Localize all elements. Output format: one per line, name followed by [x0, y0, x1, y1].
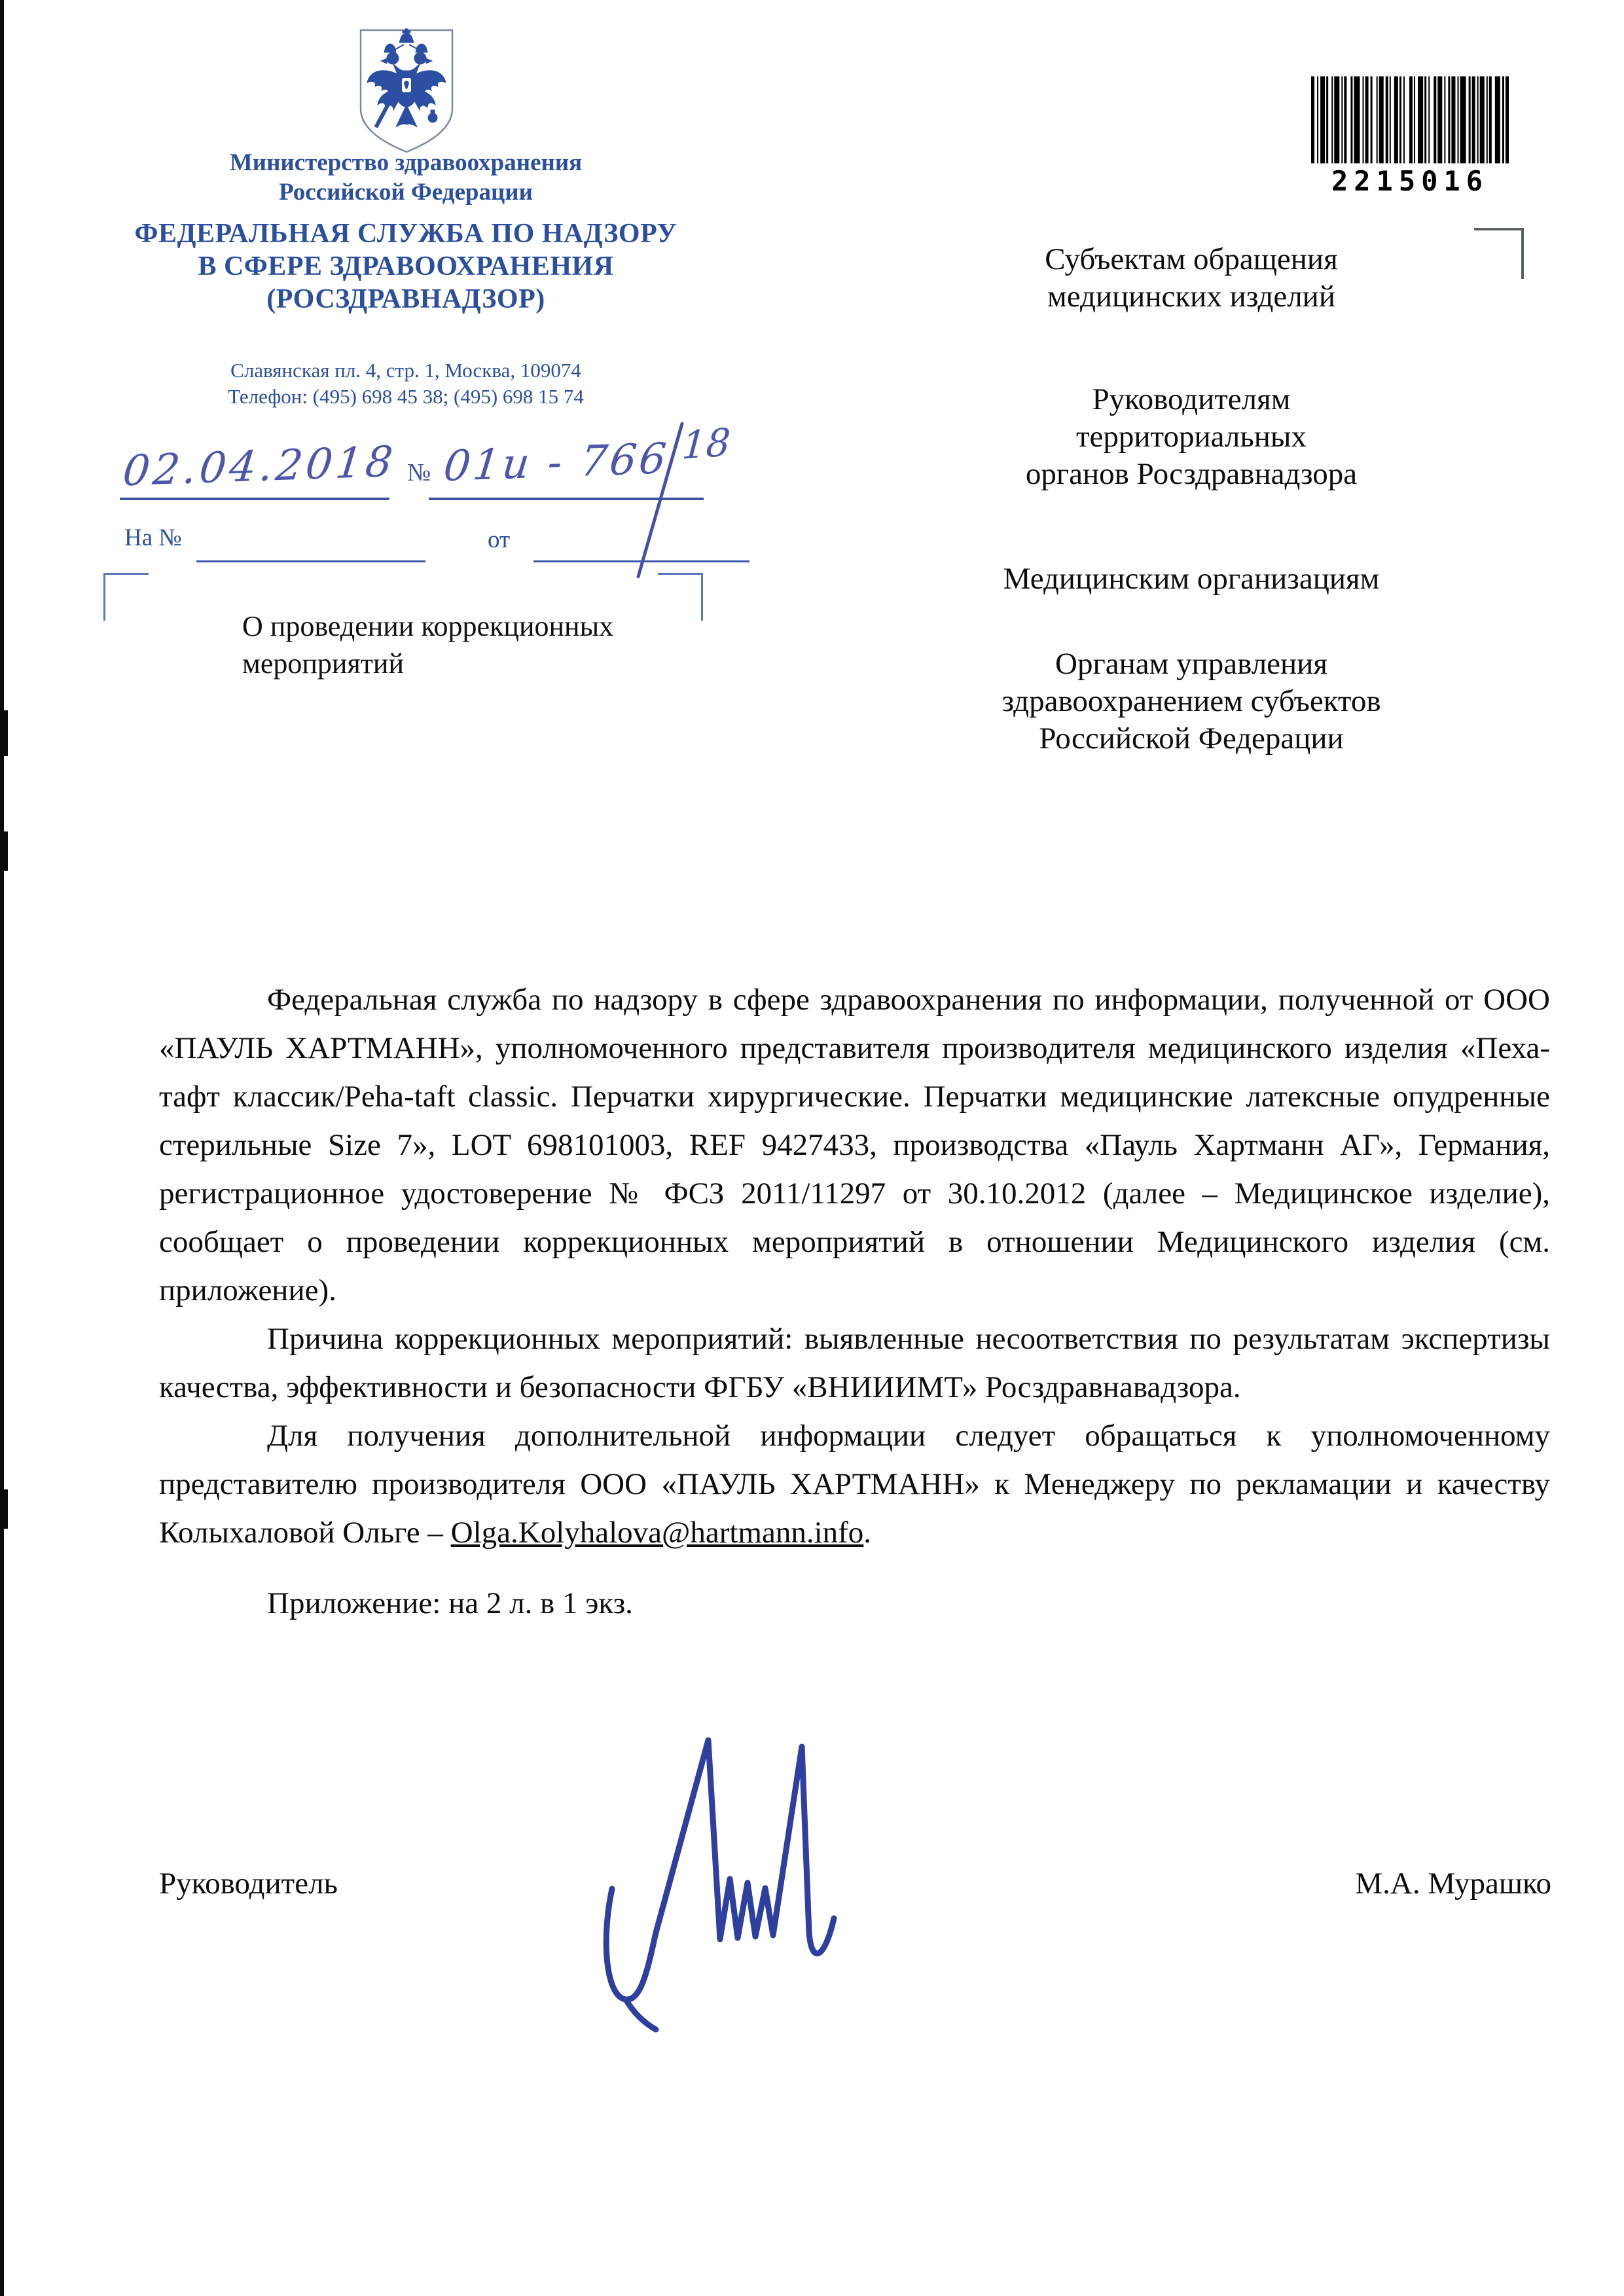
recipient-line: Российской Федерации [844, 720, 1538, 757]
recipient-line: Органам управления [844, 646, 1538, 683]
scan-edge-artifact [0, 0, 4, 2296]
signer-name: М.А. Мурашко [1263, 1866, 1551, 1901]
recipient-group-1: Субъектам обращения медицинских изделий [844, 241, 1538, 316]
service-name: ФЕДЕРАЛЬНАЯ СЛУЖБА ПО НАДЗОРУ В СФЕРЕ ЗД… [115, 217, 697, 316]
outgoing-date-handwritten: 02.04.2018 [120, 438, 398, 496]
recipient-group-4: Органам управления здравоохранением субъ… [844, 646, 1538, 757]
body-paragraph-2: Причина коррекционных мероприятий: выявл… [159, 1315, 1550, 1412]
body-paragraph-3: Для получения дополнительной информации … [159, 1412, 1550, 1557]
ministry-name: Министерство здравоохранения Российской … [115, 148, 697, 207]
reply-date-label: от [488, 526, 510, 554]
attachment-note: Приложение: на 2 л. в 1 экз. [159, 1579, 1550, 1628]
letter-body: Федеральная служба по надзору в сфере зд… [159, 975, 1550, 1628]
org-phone: Телефон: (495) 698 45 38; (495) 698 15 7… [115, 384, 697, 410]
org-address: Славянская пл. 4, стр. 1, Москва, 109074 [115, 357, 697, 384]
outgoing-number-handwritten: 01и - 766 [441, 435, 671, 491]
number-sign: № [407, 458, 431, 487]
body-paragraph-3-period: . [863, 1516, 871, 1550]
outgoing-number-suffix-handwritten: 18 [681, 420, 732, 468]
reply-date-line [533, 560, 749, 562]
scan-edge-artifact [0, 831, 8, 871]
recipient-line: Медицинским организациям [844, 560, 1538, 598]
barcode-icon [1311, 76, 1509, 164]
date-underline [120, 498, 389, 500]
subject-line-2: мероприятий [242, 645, 674, 682]
handwritten-signature-icon [556, 1722, 897, 2036]
scan-edge-artifact [0, 1489, 8, 1529]
recipient-group-3: Медицинским организациям [844, 560, 1538, 598]
ministry-name-line2: Российской Федерации [115, 177, 697, 207]
recipient-line: территориальных [844, 418, 1538, 456]
reply-number-line [196, 560, 425, 562]
recipient-line: здравоохранением субъектов [844, 683, 1538, 720]
recipient-line: Руководителям [844, 381, 1538, 418]
signer-title: Руководитель [159, 1866, 338, 1901]
recipient-line: Субъектам обращения [844, 241, 1538, 278]
service-name-line1: ФЕДЕРАЛЬНАЯ СЛУЖБА ПО НАДЗОРУ [115, 217, 697, 250]
coat-of-arms-icon [352, 26, 461, 156]
recipient-group-2: Руководителям территориальных органов Ро… [844, 381, 1538, 493]
scan-edge-artifact [0, 710, 8, 756]
reply-number-label: На № [124, 524, 182, 552]
email-address: Olga.Kolyhalova@hartmann.info [451, 1516, 864, 1550]
org-contact: Славянская пл. 4, стр. 1, Москва, 109074… [115, 357, 697, 410]
body-paragraph-1: Федеральная служба по надзору в сфере зд… [159, 975, 1550, 1315]
subject-line-1: О проведении коррекционных [242, 608, 674, 645]
recipient-line: органов Росздравнадзора [844, 456, 1538, 493]
service-name-line3: (РОСЗДРАВНАДЗОР) [115, 283, 697, 316]
subject-line: О проведении коррекционных мероприятий [242, 608, 674, 682]
recipient-line: медицинских изделий [844, 278, 1538, 316]
ministry-name-line1: Министерство здравоохранения [115, 148, 697, 177]
corner-mark-subject-left [103, 573, 149, 621]
number-underline [429, 498, 704, 500]
scanned-letter-page: Министерство здравоохранения Российской … [0, 0, 1624, 2296]
service-name-line2: В СФЕРЕ ЗДРАВООХРАНЕНИЯ [115, 250, 697, 283]
barcode-number: 2215016 [1311, 165, 1509, 197]
